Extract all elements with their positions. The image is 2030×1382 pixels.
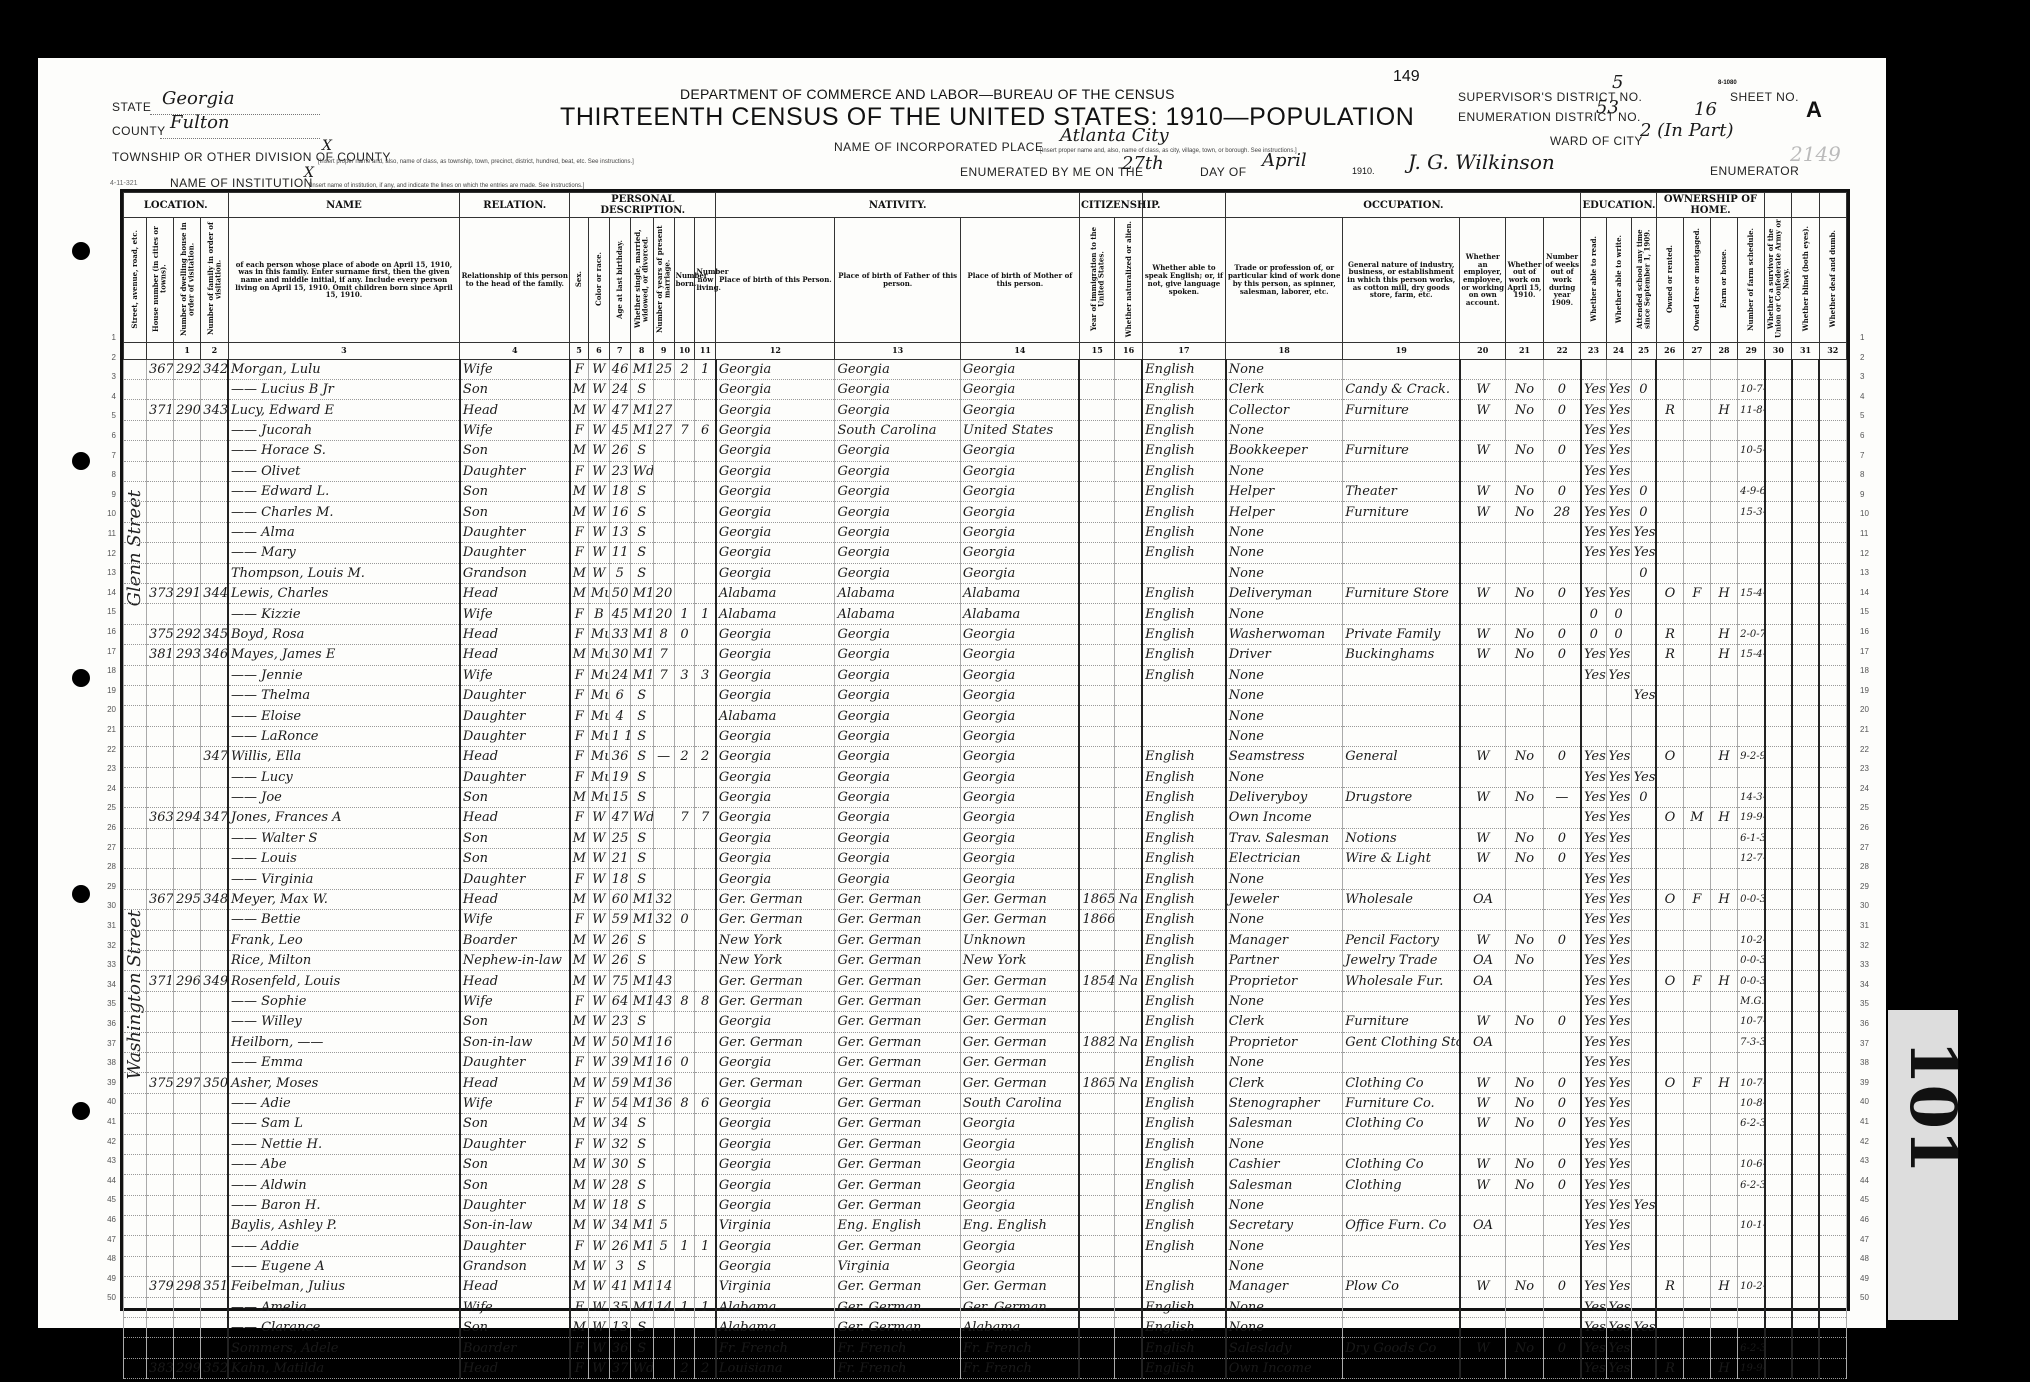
cell-wks: 0 [1543,1012,1581,1032]
cell-born: 0 [674,1052,695,1072]
cell-wks [1543,991,1581,1011]
cell-occ: Electrician [1226,849,1343,869]
cell-rel: Son [460,1318,570,1338]
cell-imm [1079,787,1115,807]
col-owned-rented: Owned or rented. [1666,245,1674,313]
cell-born: 3 [674,665,695,685]
cell-oow: No [1506,1154,1544,1174]
cell-fpob: Ger. German [835,1154,960,1174]
table-row: —— LaRonceDaughterFMu1 1/2SGeorgiaGeorgi… [124,726,1847,746]
cell-imm: 1882 [1079,1032,1115,1052]
col-naturalized: Whether naturalized or alien. [1125,221,1133,337]
line-number-right: 33 [1860,960,1869,969]
cell-code [1738,910,1765,930]
cell-sex: F [570,685,589,705]
cell-free [1683,1277,1710,1297]
cell-nat [1115,706,1142,726]
cell-free [1683,1012,1710,1032]
cell-code [1738,604,1765,624]
cell-write: Yes [1606,1073,1631,1093]
cell-eng: English [1142,1073,1226,1093]
table-row: —— JoeSonMMu15SGeorgiaGeorgiaGeorgiaEngl… [124,787,1847,807]
cell-wks: 0 [1543,645,1581,665]
cell-mar: S [630,726,653,746]
table-row: —— AddieDaughterFW26M1511GeorgiaGer. Ger… [124,1236,1847,1256]
cell-sex: M [570,400,589,420]
cell-street [124,787,147,807]
cell-code: 15-4-3-X [1738,583,1765,603]
cell-living [695,1338,716,1358]
cell-pob: Ger. German [716,971,835,991]
cell-house [146,441,173,461]
cell-fpob: Georgia [835,359,960,379]
cell-ind: Wire & Light [1343,849,1460,869]
cell-ind: Wholesale [1343,889,1460,909]
cell-free [1683,543,1710,563]
cell-house [146,1216,173,1236]
cell-wks [1543,359,1581,379]
cell-code: 6-2-3-X [1738,1338,1765,1358]
cell-own [1656,1134,1683,1154]
header-relation: RELATION. [460,193,570,218]
cell-pob: Ger. German [716,1073,835,1093]
cell-code: 10-7-3-X [1738,1073,1765,1093]
cell-sex: M [570,502,589,522]
cell-free [1683,787,1710,807]
cell-name: Boyd, Rosa [228,624,460,644]
cell-sex: F [570,726,589,746]
cell-dwelling: 294 [174,808,201,828]
cell-rel: Wife [460,910,570,930]
cell-age: 18 [609,482,630,502]
cell-name: —— Lucy [228,767,460,787]
cell-sex: M [570,1195,589,1215]
cell-occ: None [1226,685,1343,705]
col-survivor: Whether a survivor of the Union or Confe… [1767,219,1790,339]
cell-fpob: Georgia [835,543,960,563]
cell-race: Mu [588,624,609,644]
cell-occ: Jeweler [1226,889,1343,909]
line-number-right: 15 [1860,607,1869,616]
cell-own: O [1656,1073,1683,1093]
cell-mar: M1 [630,604,653,624]
cell-pob: Georgia [716,1195,835,1215]
cell-born [674,400,695,420]
sheet-label: Sheet No. [1730,90,1799,104]
cell-born: 2 [674,747,695,767]
cell-pob: Georgia [716,1052,835,1072]
cell-occ: Trav. Salesman [1226,828,1343,848]
cell-born [674,645,695,665]
cell-age: 6 [609,685,630,705]
col-weeks-out: Number of weeks out of work during year … [1543,218,1581,343]
col-out-of-work: Whether out of work on April 15, 1910. [1506,218,1544,343]
cell-surv [1765,380,1792,400]
cell-dwelling [174,1216,201,1236]
line-number: 17 [102,647,116,656]
cell-occ: Deliveryboy [1226,787,1343,807]
cell-age: 34 [609,1114,630,1134]
cell-wks: 0 [1543,1073,1581,1093]
cell-free: F [1683,889,1710,909]
cell-free [1683,1338,1710,1358]
cell-imm [1079,502,1115,522]
cell-race: Mu [588,706,609,726]
cell-free [1683,563,1710,583]
cell-sch: Yes [1631,1318,1656,1338]
cell-nat [1115,930,1142,950]
cell-emp: W [1460,828,1506,848]
binder-hole [72,669,90,687]
cell-wks: 0 [1543,747,1581,767]
cell-name: Frank, Leo [228,930,460,950]
line-number: 41 [102,1117,116,1126]
cell-nat [1115,645,1142,665]
cell-living [695,624,716,644]
cell-blind [1792,420,1819,440]
cell-rel: Boarder [460,1338,570,1358]
cell-pob: Georgia [716,400,835,420]
cell-eng: English [1142,1297,1226,1317]
cell-rel: Daughter [460,522,570,542]
cell-free [1683,1195,1710,1215]
cell-fh [1710,1216,1737,1236]
cell-mar: S [630,502,653,522]
cell-dwelling: 298 [174,1277,201,1297]
table-row: —— AbeSonMW30SGeorgiaGer. GermanGeorgiaE… [124,1154,1847,1174]
cell-living [695,1175,716,1195]
cell-living [695,1114,716,1134]
col-name-desc: of each person whose place of abode on A… [228,218,460,343]
cell-oow [1506,1358,1544,1378]
line-number-right: 42 [1860,1137,1869,1146]
cell-read: 0 [1581,604,1606,624]
cell-born [674,726,695,746]
cell-street [124,1318,147,1338]
cell-free [1683,849,1710,869]
cell-street [124,420,147,440]
cell-born: 2 [674,359,695,379]
cell-ind [1343,767,1460,787]
cell-mpob: Georgia [960,522,1079,542]
cell-write [1606,563,1631,583]
cell-oow [1506,910,1544,930]
cell-fh: H [1710,400,1737,420]
line-number: 9 [102,490,116,499]
cell-name: Kahn, Matilda [228,1358,460,1378]
cell-nat [1115,1318,1142,1338]
col-number-born: Number born. [674,218,695,343]
cell-emp: W [1460,1073,1506,1093]
cell-code [1738,522,1765,542]
cell-code [1738,1052,1765,1072]
cell-nat [1115,441,1142,461]
cell-free [1683,910,1710,930]
cell-read: Yes [1581,808,1606,828]
cell-oow [1506,420,1544,440]
line-number-right: 44 [1860,1176,1869,1185]
line-number: 33 [102,960,116,969]
cell-oow [1506,726,1544,746]
cell-nat [1115,1195,1142,1215]
cell-imm [1079,543,1115,563]
cell-born [674,930,695,950]
cell-dwelling: 291 [174,583,201,603]
line-number-right: 36 [1860,1019,1869,1028]
cell-age: 30 [609,645,630,665]
cell-sex: M [570,441,589,461]
cell-blind [1792,1297,1819,1317]
cell-oow: No [1506,380,1544,400]
line-number-right: 11 [1860,529,1868,538]
cell-mar: S [630,706,653,726]
cell-ind: Furniture [1343,1012,1460,1032]
cell-deaf [1819,869,1846,889]
cell-nat [1115,1358,1142,1378]
cell-race: W [588,1256,609,1276]
cell-dwelling [174,1032,201,1052]
cell-born [674,441,695,461]
cell-eng: English [1142,359,1226,379]
cell-fh [1710,522,1737,542]
cell-read: Yes [1581,400,1606,420]
cell-nat [1115,1134,1142,1154]
cell-born [674,522,695,542]
cell-occ: None [1226,1318,1343,1338]
cell-deaf [1819,787,1846,807]
cell-fpob: Ger. German [835,1277,960,1297]
cell-fpob: Fr. French [835,1338,960,1358]
cell-house [146,849,173,869]
cell-fh [1710,1256,1737,1276]
cell-mar: Wd [630,1358,653,1378]
cell-ind: Clothing [1343,1175,1460,1195]
day-of-label: day of [1200,165,1247,179]
cell-write: Yes [1606,400,1631,420]
col-free-mortgaged: Owned free or mortgaged. [1693,228,1701,331]
cell-living [695,461,716,481]
cell-free [1683,1093,1710,1113]
cell-mpob: Fr. French [960,1358,1079,1378]
cell-read [1581,563,1606,583]
cell-emp: OA [1460,951,1506,971]
col-read: Whether able to read. [1590,236,1598,322]
cell-rel: Son [460,482,570,502]
cell-eng: English [1142,1216,1226,1236]
cell-family: 350 [201,1073,228,1093]
cell-occ: Seamstress [1226,747,1343,767]
cell-sch [1631,645,1656,665]
cell-wks: 0 [1543,441,1581,461]
cell-nat [1115,400,1142,420]
cell-name: —— Baron H. [228,1195,460,1215]
cell-dwelling [174,951,201,971]
cell-dwelling [174,1052,201,1072]
cell-name: Rosenfeld, Louis [228,971,460,991]
cell-blind [1792,685,1819,705]
cell-mpob: Georgia [960,1134,1079,1154]
cell-eng [1142,706,1226,726]
cell-imm [1079,685,1115,705]
cell-oow: No [1506,482,1544,502]
township-hint: [Insert proper name and, also, name of c… [318,159,634,165]
cell-house [146,420,173,440]
cell-nat [1115,1052,1142,1072]
state-label: State [112,100,151,114]
cell-mpob: Georgia [960,482,1079,502]
cell-eng: English [1142,808,1226,828]
cell-house [146,604,173,624]
cell-wks [1543,461,1581,481]
line-number: 38 [102,1058,116,1067]
cell-name: Morgan, Lulu [228,359,460,379]
cell-write: Yes [1606,1277,1631,1297]
cell-born [674,849,695,869]
table-row: —— Edward L.SonMW18SGeorgiaGeorgiaGeorgi… [124,482,1847,502]
cell-blind [1792,991,1819,1011]
cell-mpob: Georgia [960,1154,1079,1174]
cell-mar: S [630,828,653,848]
cell-emp [1460,706,1506,726]
cell-born [674,828,695,848]
cell-street [124,482,147,502]
cell-code: 9-2-9-F [1738,747,1765,767]
cell-occ: Clerk [1226,380,1343,400]
cell-pob: Georgia [716,1134,835,1154]
cell-house [146,380,173,400]
cell-deaf [1819,1093,1846,1113]
cell-deaf [1819,1154,1846,1174]
cell-age: 26 [609,1236,630,1256]
cell-emp: W [1460,849,1506,869]
cell-own [1656,441,1683,461]
table-row: —— AlmaDaughterFW13SGeorgiaGeorgiaGeorgi… [124,522,1847,542]
line-number: 42 [102,1137,116,1146]
cell-rel: Wife [460,604,570,624]
cell-ind: Private Family [1343,624,1460,644]
cell-blind [1792,380,1819,400]
cell-mar: M1 [630,1277,653,1297]
cell-write: Yes [1606,869,1631,889]
cell-pob: Georgia [716,665,835,685]
cell-born: 0 [674,624,695,644]
cell-imm [1079,1052,1115,1072]
cell-name: Feibelman, Julius [228,1277,460,1297]
col-employer: Whether an employer, employee, or workin… [1460,218,1506,343]
cell-fpob: Georgia [835,685,960,705]
cell-nat [1115,604,1142,624]
cell-own [1656,1154,1683,1174]
cell-deaf [1819,502,1846,522]
cell-occ: Own Income [1226,1358,1343,1378]
cell-name: —— Kizzie [228,604,460,624]
cell-free [1683,1236,1710,1256]
cell-yrs: 20 [653,583,674,603]
cell-read: Yes [1581,787,1606,807]
cell-code: 6-1-3-X [1738,828,1765,848]
cell-name: —— Eugene A [228,1256,460,1276]
line-number-right: 27 [1860,843,1869,852]
line-number-right: 25 [1860,803,1869,812]
cell-oow: No [1506,1114,1544,1134]
cell-mar: S [630,747,653,767]
cell-fpob: Ger. German [835,1134,960,1154]
cell-living [695,441,716,461]
cell-imm [1079,808,1115,828]
cell-family: 351 [201,1277,228,1297]
cell-pob: Georgia [716,1154,835,1174]
cell-read: Yes [1581,1093,1606,1113]
cell-house [146,1338,173,1358]
cell-fpob: Georgia [835,706,960,726]
cell-code: 11-8-3-X [1738,400,1765,420]
cell-wks: 28 [1543,502,1581,522]
col-farm-schedule: Number of farm schedule. [1747,228,1755,331]
cell-occ: None [1226,910,1343,930]
cell-own [1656,420,1683,440]
cell-blind [1792,645,1819,665]
cell-imm [1079,1297,1115,1317]
cell-ind [1343,808,1460,828]
cell-free [1683,930,1710,950]
cell-yrs: 14 [653,1297,674,1317]
cell-ind [1343,1297,1460,1317]
cell-read: Yes [1581,1297,1606,1317]
cell-code [1738,1195,1765,1215]
cell-mar: S [630,930,653,950]
cell-nat [1115,685,1142,705]
cell-deaf [1819,665,1846,685]
cell-fh [1710,1114,1737,1134]
cell-pob: Georgia [716,1175,835,1195]
cell-born: 7 [674,808,695,828]
cell-fh: H [1710,624,1737,644]
cell-living [695,726,716,746]
cell-surv [1765,849,1792,869]
cell-living [695,787,716,807]
cell-blind [1792,1154,1819,1174]
cell-sex: M [570,380,589,400]
table-row: —— EmmaDaughterFW39M1160GeorgiaGer. Germ… [124,1052,1847,1072]
cell-sch [1631,1012,1656,1032]
cell-read [1581,1256,1606,1276]
cell-yrs: 36 [653,1093,674,1113]
cell-age: 24 [609,380,630,400]
cell-born [674,482,695,502]
cell-deaf [1819,1175,1846,1195]
cell-blind [1792,1134,1819,1154]
cell-race: W [588,420,609,440]
cell-sch [1631,869,1656,889]
cell-nat [1115,767,1142,787]
line-number: 7 [102,451,116,460]
cell-family [201,991,228,1011]
cell-ind: Drugstore [1343,787,1460,807]
cell-fpob: Georgia [835,645,960,665]
cell-pob: Georgia [716,1256,835,1276]
cell-family [201,461,228,481]
cell-write: Yes [1606,1338,1631,1358]
cell-street [124,1114,147,1134]
cell-free [1683,502,1710,522]
cell-sex: F [570,1297,589,1317]
enumerated-label: Enumerated by me on the [960,165,1144,179]
cell-born [674,1195,695,1215]
line-number-right: 14 [1860,588,1869,597]
cell-free [1683,400,1710,420]
cell-street [124,665,147,685]
cell-house: 381 [146,645,173,665]
